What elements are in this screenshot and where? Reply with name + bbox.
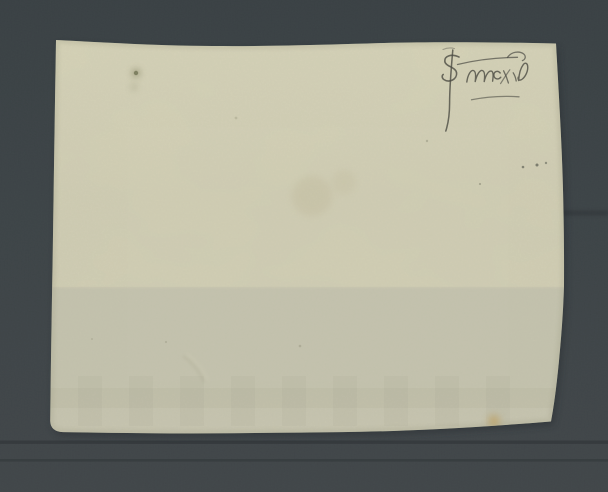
stain-spot [545,162,547,164]
stain-spot [165,341,167,343]
design-ghost-band [48,388,564,408]
backdrop-shadow-streak [561,211,608,216]
stain-spot [91,338,93,340]
backdrop-seam-line [0,459,608,462]
stain-spot [479,183,481,185]
stain-spot [426,140,428,142]
stain-spot [332,170,356,194]
stain-spot [488,415,500,427]
stain-spot [235,117,238,120]
stain-spot [131,84,137,90]
stain-spot [134,71,138,75]
stain-spot [292,176,332,216]
photo-frame: Moris [0,0,608,492]
backdrop-seam-line [0,441,608,444]
stain-spot [536,164,539,167]
stain-spot [299,345,302,348]
stain-spot [522,166,525,169]
paper-surface-detail [44,28,570,440]
stamp-photo [0,0,608,492]
